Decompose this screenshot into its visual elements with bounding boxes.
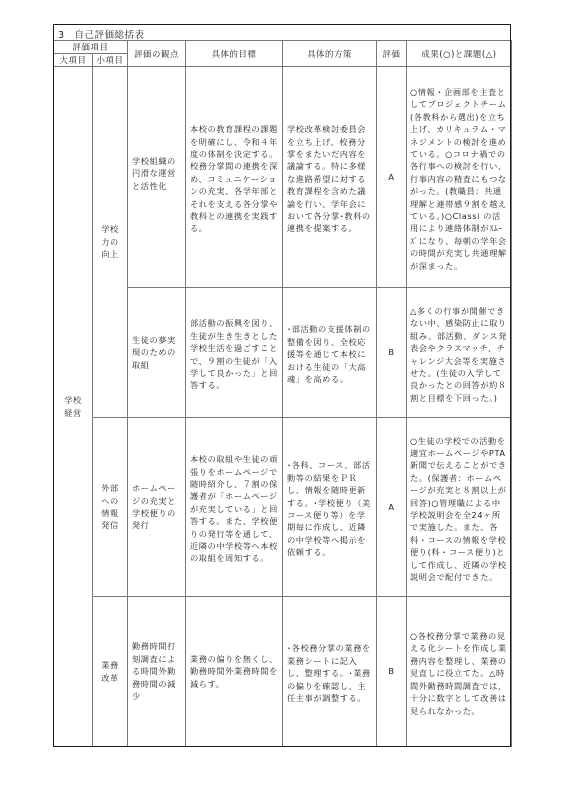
results-cell: ○情報・企画部を主査としてプロジェクトチーム(各教科から選出)を立ち上げ、カリキ… — [407, 67, 512, 288]
goal-cell: 本校の取組や生徒の頑張りをホームページで随時紹介し、７割の保護者が「ホームページ… — [186, 418, 283, 597]
perspective-cell: ホームページの充実と学校便りの発行 — [128, 418, 186, 597]
goal-cell: 部活動の振興を図り、生徒が生き生きとした学校生活を過ごすことで、９割の生徒が「入… — [186, 288, 283, 418]
table-row: 外部への情報発信 ホームページの充実と学校便りの発行 本校の取組や生徒の頑張りを… — [54, 418, 512, 597]
minor-item-cell: 学校力の向上 — [93, 67, 128, 418]
goal-cell: 本校の教育課程の課題を明確にし、令和４年度の体制を決定する。校務分掌間の連携を深… — [186, 67, 283, 288]
header-minor-item: 小項目 — [93, 54, 128, 67]
perspective-cell: 勤務時間打刻調査による時間外勤務時間の減少 — [128, 597, 186, 747]
section-title: 3 自己評価総括表 — [58, 27, 145, 41]
minor-item-cell: 業務改革 — [93, 597, 128, 747]
measures-cell: 学校改革検討委員会を立ち上げ、校務分掌をまたいだ内容を議論する。特に多様な進路希… — [283, 67, 377, 288]
evaluation-cell: B — [377, 288, 407, 418]
goal-cell: 業務の偏りを無くし、勤務時間外業務時間を減らす。 — [186, 597, 283, 747]
header-major-item: 大項目 — [54, 54, 93, 67]
evaluation-cell: A — [377, 418, 407, 597]
evaluation-cell: B — [377, 597, 407, 747]
results-cell: ○生徒の学校での活動を適宜ホームページやPTA新聞で伝えることができた。(保護者… — [407, 418, 512, 597]
header-evaluation: 評価 — [377, 41, 407, 67]
results-cell: ○各校務分掌で業務の見える化シートを作成し業務内容を整理し、業務の見直しに役立て… — [407, 597, 512, 747]
header-results: 成果(○)と課題(△) — [407, 41, 512, 67]
evaluation-cell: A — [377, 67, 407, 288]
header-specific-goal: 具体的目標 — [186, 41, 283, 67]
document-page: 3 自己評価総括表 評価項目 評価の観点 具体的目標 具体的方策 評価 成果(○… — [0, 0, 565, 800]
header-specific-measures: 具体的方策 — [283, 41, 377, 67]
measures-cell: ･部活動の支援体制の整備を図り、全校応援等を通じて本校における生徒の「大高魂」を… — [283, 288, 377, 418]
self-evaluation-table: 評価項目 評価の観点 具体的目標 具体的方策 評価 成果(○)と課題(△) 大項… — [53, 40, 512, 747]
measures-cell: ･各科、コース、部活動等の結果をＰＲし、情報を随時更新する。･学校便り（美コース… — [283, 418, 377, 597]
perspective-cell: 学校組織の円滑な運営と活性化 — [128, 67, 186, 288]
measures-cell: ･各校務分掌の業務を業務シートに記入し、整理する。･業務の偏りを確認し、主任主事… — [283, 597, 377, 747]
header-perspective: 評価の観点 — [128, 41, 186, 67]
table-row: 学校経営 学校力の向上 学校組織の円滑な運営と活性化 本校の教育課程の課題を明確… — [54, 67, 512, 288]
perspective-cell: 生徒の夢実現のための取組 — [128, 288, 186, 418]
table-row: 業務改革 勤務時間打刻調査による時間外勤務時間の減少 業務の偏りを無くし、勤務時… — [54, 597, 512, 747]
results-cell: △多くの行事が開催できない中、感染防止に取り組み、部活動、ダンス発表会やクラスマ… — [407, 288, 512, 418]
header-eval-items: 評価項目 — [54, 41, 128, 54]
minor-item-cell: 外部への情報発信 — [93, 418, 128, 597]
major-item-cell: 学校経営 — [54, 67, 93, 747]
